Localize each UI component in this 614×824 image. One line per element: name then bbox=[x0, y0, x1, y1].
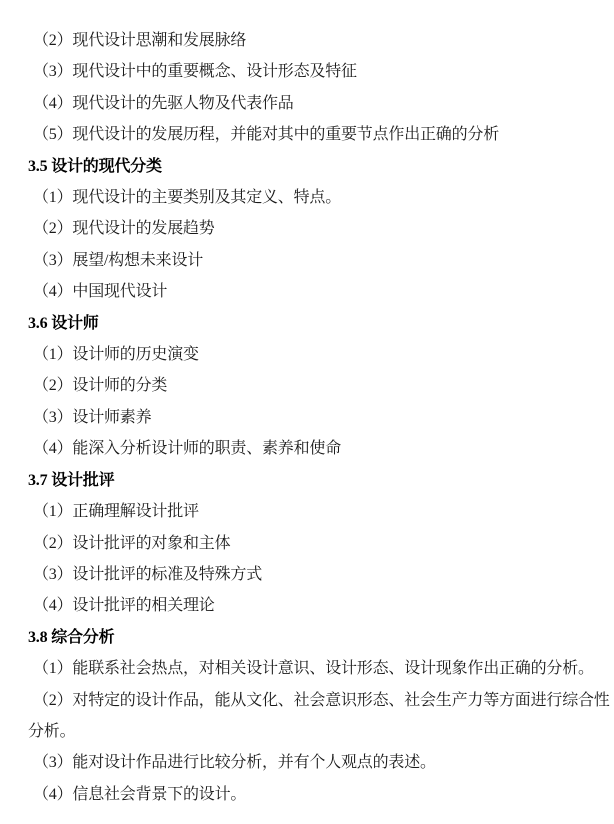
list-item: （4）信息社会背景下的设计。 bbox=[28, 779, 610, 810]
list-item: （4）现代设计的先驱人物及代表作品 bbox=[28, 88, 610, 119]
list-item: （3）设计批评的标准及特殊方式 bbox=[28, 559, 610, 590]
list-item: （3）设计师素养 bbox=[28, 402, 610, 433]
list-item: （1）能联系社会热点，对相关设计意识、设计形态、设计现象作出正确的分析。 bbox=[28, 653, 610, 684]
list-item: （4）设计批评的相关理论 bbox=[28, 590, 610, 621]
section-3-7: 3.7 设计批评 （1）正确理解设计批评 （2）设计批评的对象和主体 （3）设计… bbox=[28, 465, 610, 622]
list-item: （2）现代设计的发展趋势 bbox=[28, 213, 610, 244]
section-heading: 3.7 设计批评 bbox=[28, 465, 610, 496]
list-item: （4）中国现代设计 bbox=[28, 276, 610, 307]
section-3-8: 3.8 综合分析 （1）能联系社会热点，对相关设计意识、设计形态、设计现象作出正… bbox=[28, 622, 610, 810]
document-page: （2）现代设计思潮和发展脉络 （3）现代设计中的重要概念、设计形态及特征 （4）… bbox=[0, 0, 614, 824]
list-item: （2）设计师的分类 bbox=[28, 370, 610, 401]
list-item: （2）设计批评的对象和主体 bbox=[28, 528, 610, 559]
section-heading: 3.5 设计的现代分类 bbox=[28, 151, 610, 182]
list-item: （1）现代设计的主要类别及其定义、特点。 bbox=[28, 182, 610, 213]
list-item: （1）正确理解设计批评 bbox=[28, 496, 610, 527]
list-item: （3）现代设计中的重要概念、设计形态及特征 bbox=[28, 56, 610, 87]
list-item: （2）对特定的设计作品，能从文化、社会意识形态、社会生产力等方面进行综合性分析。 bbox=[28, 685, 610, 748]
section-heading: 3.8 综合分析 bbox=[28, 622, 610, 653]
list-item: （5）现代设计的发展历程，并能对其中的重要节点作出正确的分析 bbox=[28, 119, 610, 150]
section-heading: 3.6 设计师 bbox=[28, 308, 610, 339]
document-body: （2）现代设计思潮和发展脉络 （3）现代设计中的重要概念、设计形态及特征 （4）… bbox=[0, 0, 614, 810]
section-3-6: 3.6 设计师 （1）设计师的历史演变 （2）设计师的分类 （3）设计师素养 （… bbox=[28, 308, 610, 465]
list-item: （3）展望/构想未来设计 bbox=[28, 245, 610, 276]
list-item: （2）现代设计思潮和发展脉络 bbox=[28, 25, 610, 56]
section-3-5: 3.5 设计的现代分类 （1）现代设计的主要类别及其定义、特点。 （2）现代设计… bbox=[28, 151, 610, 308]
list-item: （4）能深入分析设计师的职责、素养和使命 bbox=[28, 433, 610, 464]
list-item: （3）能对设计作品进行比较分析，并有个人观点的表述。 bbox=[28, 747, 610, 778]
list-item: （1）设计师的历史演变 bbox=[28, 339, 610, 370]
